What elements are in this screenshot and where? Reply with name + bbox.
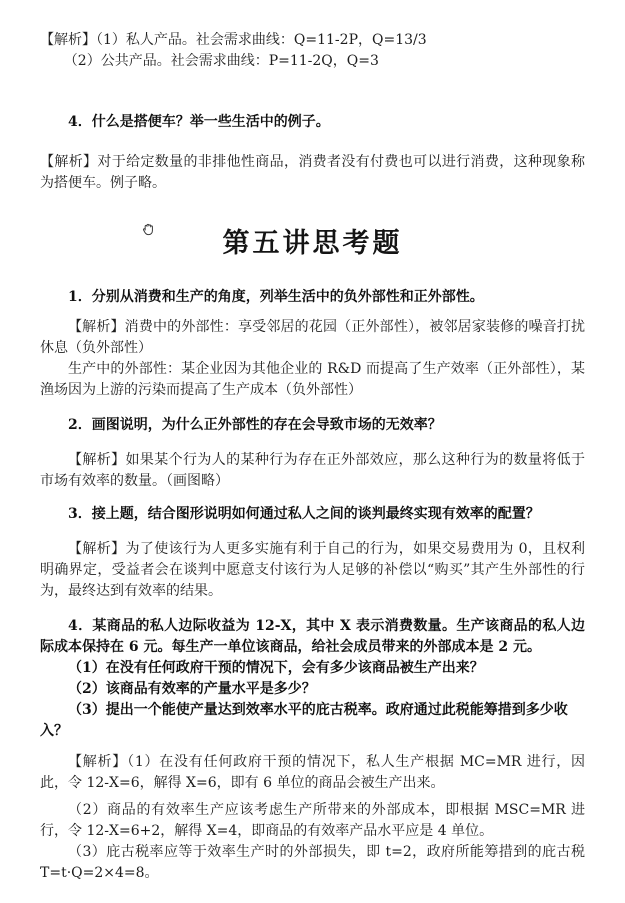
question-4-sub1: （1）在没有任何政府干预的情况下，会有多少该商品被生产出来？ bbox=[40, 658, 585, 679]
question-1: 1．分别从消费和生产的角度，列举生活中的负外部性和正外部性。 bbox=[40, 287, 585, 308]
page-title: 第五讲思考题 bbox=[40, 226, 585, 262]
analysis-4-part1: 【解析】（1）在没有任何政府干预的情况下，私人生产根据 MC=MR 进行，因此，… bbox=[40, 752, 585, 794]
analysis-2: 【解析】如果某个行为人的某种行为存在正外部效应，那么这种行为的数量将低于市场有效… bbox=[40, 450, 585, 492]
hand-grab-cursor-icon bbox=[138, 219, 158, 239]
analysis-free-rider: 【解析】对于给定数量的非排他性商品，消费者没有付费也可以进行消费，这种现象称为搭… bbox=[40, 152, 585, 194]
prev-analysis-line2: （2）公共产品。社会需求曲线：P=11-2Q，Q=3 bbox=[40, 51, 585, 72]
question-free-rider: 4．什么是搭便车？举一些生活中的例子。 bbox=[40, 112, 585, 133]
analysis-1-production: 生产中的外部性：某企业因为其他企业的 R&D 而提高了生产效率（正外部性），某渔… bbox=[40, 359, 585, 401]
prev-analysis-line1: 【解析】（1）私人产品。社会需求曲线：Q=11-2P，Q=13/3 bbox=[40, 30, 585, 51]
analysis-4-part2: （2）商品的有效率生产应该考虑生产所带来的外部成本，即根据 MSC=MR 进行，… bbox=[40, 800, 585, 842]
document-page: 【解析】（1）私人产品。社会需求曲线：Q=11-2P，Q=13/3 （2）公共产… bbox=[0, 0, 625, 903]
question-2: 2．画图说明，为什么正外部性的存在会导致市场的无效率？ bbox=[40, 415, 585, 436]
question-4-sub3: （3）提出一个能使产量达到效率水平的庇古税率。政府通过此税能筹措到多少收入？ bbox=[40, 700, 585, 742]
analysis-4-part3: （3）庇古税率应等于效率生产时的外部损失，即 t=2，政府所能筹措到的庇古税 T… bbox=[40, 842, 585, 884]
question-4-sub2: （2）该商品有效率的产量水平是多少？ bbox=[40, 679, 585, 700]
question-3: 3．接上题，结合图形说明如何通过私人之间的谈判最终实现有效率的配置？ bbox=[40, 504, 585, 525]
analysis-1-consumption: 【解析】消费中的外部性：享受邻居的花园（正外部性），被邻居家装修的噪音打扰休息（… bbox=[40, 317, 585, 359]
analysis-3: 【解析】为了使该行为人更多实施有利于自己的行为，如果交易费用为 0，且权利明确界… bbox=[40, 539, 585, 602]
question-4: 4．某商品的私人边际收益为 12-X，其中 X 表示消费数量。生产该商品的私人边… bbox=[40, 616, 585, 658]
